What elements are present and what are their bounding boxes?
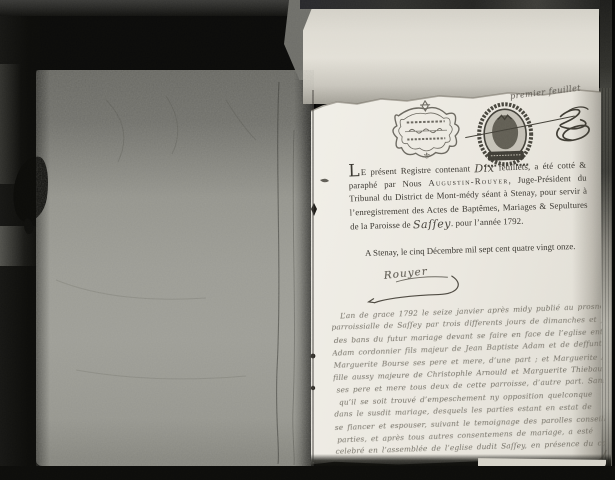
page-content: ⚜ premier feuillet LE présent Registre c… [322, 83, 606, 464]
left-page-creases [36, 70, 314, 466]
printed-text-segment: Saſſey [413, 217, 451, 231]
drop-cap: L [348, 165, 360, 178]
registrar-paraph-flourish [462, 93, 614, 150]
judge-signature-block: Rouyer [366, 265, 487, 309]
printed-registration-formula: LE présent Registre contenant Dix feuill… [348, 158, 588, 234]
signature-paraph-flourish [366, 271, 487, 309]
scanned-register-image: ⚜ premier feuillet LE présent Registre c… [0, 0, 615, 480]
book-top-edge [300, 0, 615, 9]
dated-closing-line: A Stenay, le cinq Décembre mil sept cent… [351, 240, 589, 261]
printed-text-segment: Augustin-Rouyer [428, 175, 508, 188]
printed-formula-segments: E présent Registre contenant Dix feuille… [349, 160, 588, 232]
scan-bottom-border [0, 466, 615, 480]
cartouche-fiscal-stamp-icon: ⚜ [382, 95, 470, 164]
film-streak [0, 226, 40, 266]
printed-text-segment: E présent Registre contenant [361, 163, 475, 177]
svg-text:⚜: ⚜ [423, 152, 431, 162]
printed-text-segment: Dix [474, 162, 494, 176]
printed-text-segment: . pour l’année 1792. [451, 216, 524, 228]
manuscript-marriage-record: L’an de grace 1792 le seize janvier aprè… [331, 301, 606, 459]
